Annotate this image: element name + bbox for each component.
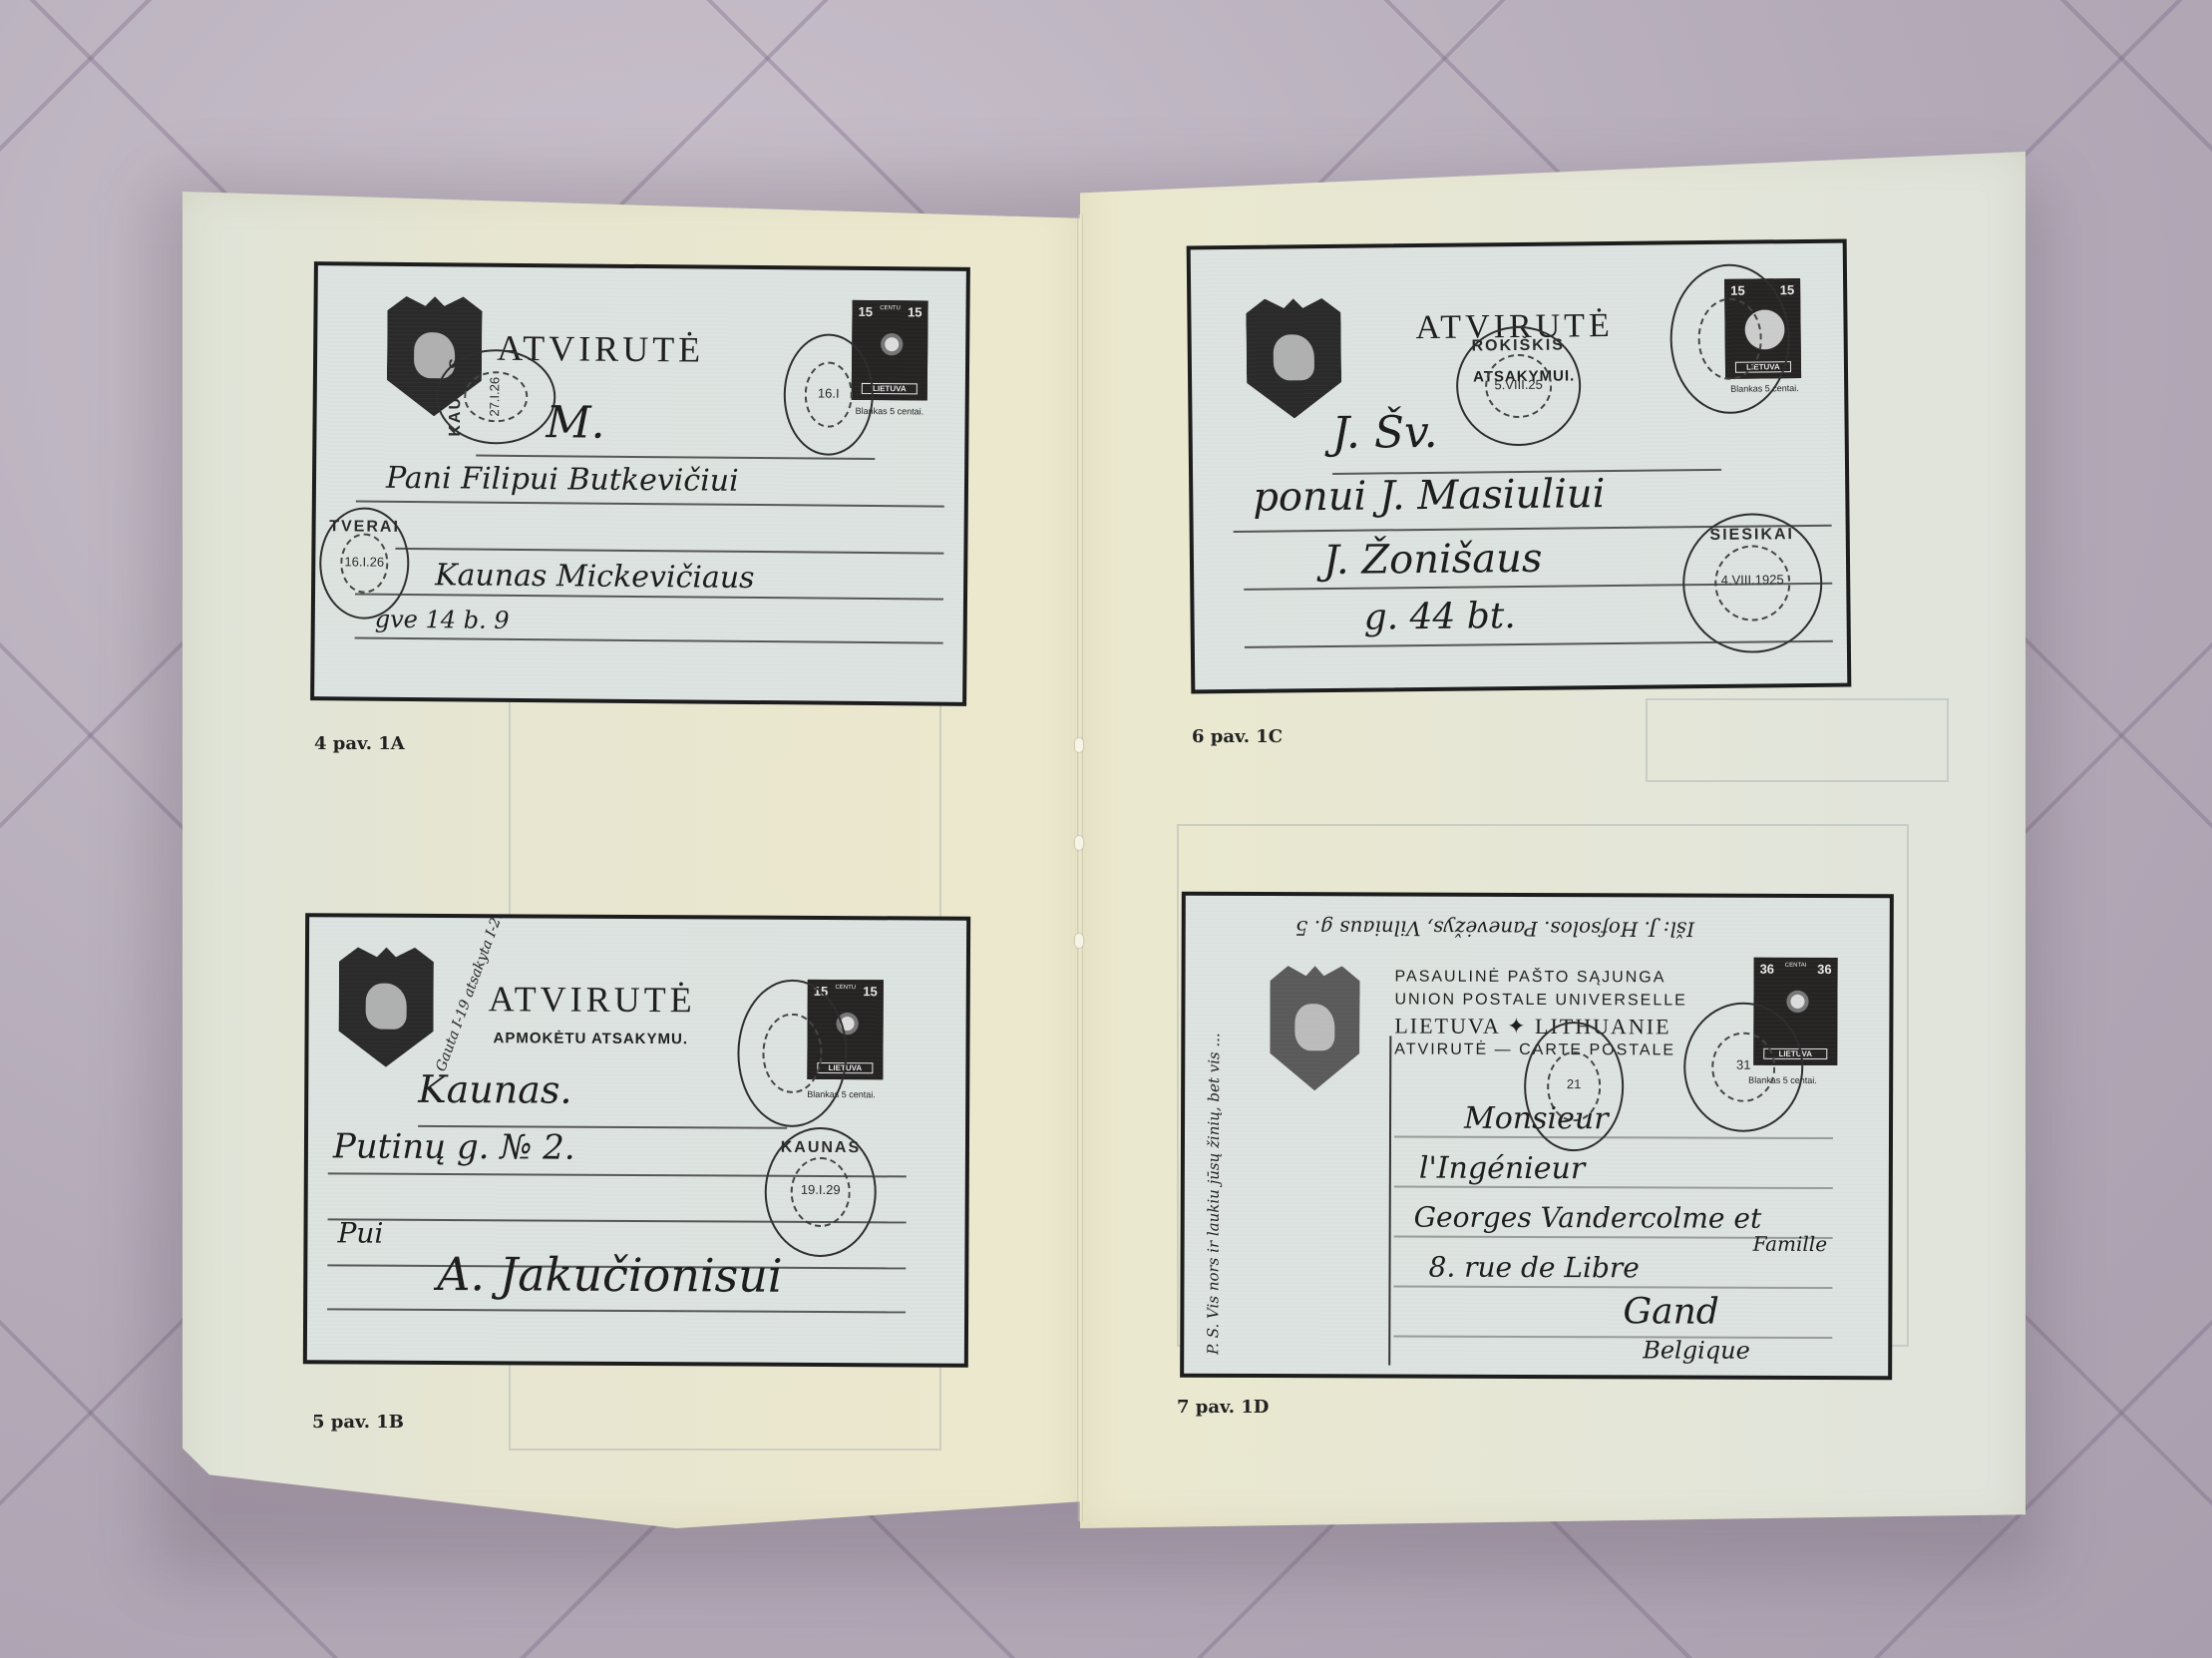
card-header-line: PASAULINĖ PAŠTO SĄJUNGA <box>1395 969 1666 988</box>
handwritten-line: Pui <box>337 1216 383 1249</box>
handwritten-line: Gand <box>1623 1291 1719 1332</box>
figure-caption: 6 pav. 1C <box>1192 726 1283 747</box>
card-header-line: UNION POSTALE UNIVERSELLE <box>1394 992 1686 1011</box>
handwritten-side-note: P. S. Vis nors ir laukiu jūsų žinių, bet… <box>1204 936 1223 1355</box>
figure-caption: 5 pav. 1B <box>312 1412 404 1433</box>
binding-stitch <box>1075 738 1083 752</box>
card-title: ATVIRUTĖ <box>489 978 696 1021</box>
postcard-1b: ATVIRUTĖ APMOKĖTU ATSAKYMU. 15 CENTU 15 … <box>303 913 970 1367</box>
handwritten-line: Famille <box>1753 1232 1828 1256</box>
handwritten-line: Putinų g. № 2. <box>333 1126 575 1167</box>
binding-stitch <box>1075 934 1083 948</box>
handwritten-line: M. <box>546 397 604 449</box>
postmark-kaunas: KAUNAS 19.I.29 <box>764 1127 877 1258</box>
postmark-kaunas: KAUNAS 27.I.26 <box>436 349 556 445</box>
binding-stitch <box>1075 836 1083 850</box>
card-header-line: LIETUVA ✦ LITHUANIE <box>1394 1014 1670 1040</box>
postmark-rokiskis: ROKIŠKIS 5.VIII.25 <box>1456 325 1582 446</box>
handwritten-line: J. Žonišaus <box>1323 536 1543 584</box>
postmark: 16.I <box>783 333 874 456</box>
handwritten-line: g. 44 bt. <box>1363 596 1516 638</box>
coat-of-arms-icon <box>1270 966 1359 1090</box>
figure-caption: 7 pav. 1D <box>1177 1397 1269 1418</box>
book-gutter <box>1077 214 1083 1521</box>
postmark <box>1669 263 1791 414</box>
show-through-ghost <box>1646 698 1949 782</box>
coat-of-arms-icon <box>1246 298 1341 419</box>
handwritten-line: J. Šv. <box>1331 407 1437 459</box>
handwritten-line: l'Ingénieur <box>1419 1151 1585 1187</box>
handwritten-top-note: Išl: J. Hofsolos. Panevėžys, Vilniaus g.… <box>1295 916 1695 941</box>
handwritten-line: A. Jakučionisui <box>437 1247 783 1303</box>
postcard-1c: ATVIRUTĖ ATSAKYMUI. 15 15 LIETUVA Blanka… <box>1187 239 1852 694</box>
postmark <box>737 980 848 1128</box>
handwritten-line: gve 14 b. 9 <box>375 606 510 634</box>
handwritten-line: Kaunas. <box>418 1067 571 1112</box>
card-subtitle: APMOKĖTU ATSAKYMU. <box>493 1030 688 1047</box>
postmark: 31 <box>1683 1003 1803 1132</box>
postmark-tverai: TVERAI 16.I.26 <box>319 507 410 620</box>
handwritten-line: Georges Vandercolme et <box>1414 1201 1762 1235</box>
coat-of-arms-icon <box>338 947 434 1066</box>
figure-caption: 4 pav. 1A <box>314 733 405 754</box>
handwritten-line: Kaunas Mickevičiaus <box>435 558 755 596</box>
handwritten-line: ponui J. Masiuliui <box>1253 471 1606 521</box>
postcard-1a: ATVIRUTĖ 15 CENTU 15 LIETUVA Blankas 5 c… <box>310 261 970 706</box>
handwritten-line: Pani Filipui Butkevičiui <box>386 461 739 499</box>
handwritten-line: Belgique <box>1643 1336 1750 1364</box>
handwritten-line: Monsieur <box>1464 1101 1609 1137</box>
postcard-1d: Išl: J. Hofsolos. Panevėžys, Vilniaus g.… <box>1180 892 1894 1380</box>
handwritten-line: 8. rue de Libre <box>1428 1251 1639 1285</box>
